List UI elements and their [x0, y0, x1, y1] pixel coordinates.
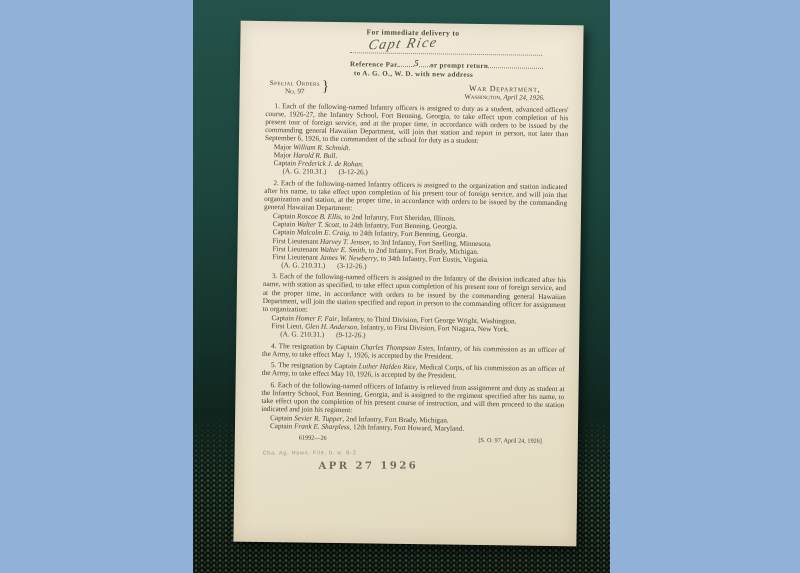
ag-file-number: (A. G. 210.31.): [280, 330, 324, 339]
officer-rank: Captain: [273, 229, 297, 237]
officer-rank: First Lieutenant: [272, 253, 320, 262]
handwritten-paragraph-number: 5: [414, 58, 419, 68]
paragraph-5: 5. The resignation by Captain Luther Hal…: [262, 361, 565, 381]
officer-rest: .: [335, 152, 337, 160]
orders-number: No. 97: [270, 87, 320, 96]
paragraph-3: 3. Each of the following-named officers …: [263, 272, 567, 317]
officer-rest: , to 34th Infantry, Fort Eustis, Virgini…: [377, 254, 489, 264]
routing-stamp: Cha. Ag. Hawn. File, b. w. B-2: [263, 449, 564, 456]
war-department-block: War Department, Washington, April 24, 19…: [464, 84, 544, 102]
dateline-place: Washington,: [464, 94, 501, 102]
paragraph-1: 1. Each of the following-named Infantry …: [265, 101, 569, 146]
reference-text-return: or prompt return: [430, 61, 488, 70]
brace-glyph: }: [322, 80, 329, 95]
war-department-heading: War Department,: [465, 84, 545, 94]
paragraph-2: 2. Each of the following-named Infantry …: [264, 179, 567, 216]
photo-scene: For immediate delivery to Capt Rice Refe…: [0, 0, 800, 573]
dotted-leader: [399, 60, 414, 67]
officer-rank: Captain: [274, 159, 298, 167]
ag-file-number: (A. G. 210.31.): [281, 261, 325, 270]
handwritten-recipient: Capt Rice: [367, 36, 439, 55]
officer-rest: .: [349, 144, 351, 152]
reference-text: Reference Par.: [350, 60, 399, 69]
footer-row: 61992—26 [S. O. 97, April 24, 1926]: [261, 434, 564, 445]
officer-rank: Captain: [271, 314, 295, 322]
footer-citation: [S. O. 97, April 24, 1926]: [478, 437, 542, 445]
dotted-leader: [419, 60, 430, 67]
ag-file-date: (3-12-26.): [337, 262, 366, 270]
ag-file-date: (9-12-26.): [336, 331, 365, 339]
officer-rest: .: [362, 160, 364, 168]
officer-rank: Captain: [273, 212, 297, 220]
dateline: Washington, April 24, 1926.: [464, 94, 544, 102]
ag-file-date: (3-12-26.): [338, 168, 367, 176]
received-date-stamp: APR 27 1926: [318, 460, 563, 472]
paragraph-4: 4. The resignation by Captain Charles Th…: [262, 342, 565, 362]
special-orders-block: Special Orders No. 97: [270, 79, 320, 96]
officer-rank: Captain: [270, 414, 294, 422]
paragraph-6: 6. Each of the following-named officers …: [261, 381, 564, 418]
return-address-line: to A. G. O., W. D. with new address: [354, 69, 569, 80]
dotted-leader: [488, 61, 543, 69]
officer-rank: Captain: [273, 220, 297, 228]
officer-rank: Major: [274, 151, 293, 159]
officer-rank: First Lieut.: [271, 322, 305, 330]
order-heading-row: Special Orders No. 97 } War Department, …: [266, 79, 569, 102]
dateline-date: April 24, 1926.: [503, 94, 544, 102]
ag-file-number: (A. G. 210.31.): [282, 167, 326, 176]
officer-rank: Captain: [270, 423, 294, 431]
officer-rest: , 12th Infantry, Fort Howard, Maryland.: [349, 424, 464, 434]
document-body: 1. Each of the following-named Infantry …: [260, 101, 568, 472]
print-number: 61992—26: [299, 434, 327, 441]
document-page: For immediate delivery to Capt Rice Refe…: [233, 21, 583, 547]
officer-rank: Major: [274, 143, 293, 151]
officer-name: Frank E. Sharpless: [294, 423, 349, 432]
